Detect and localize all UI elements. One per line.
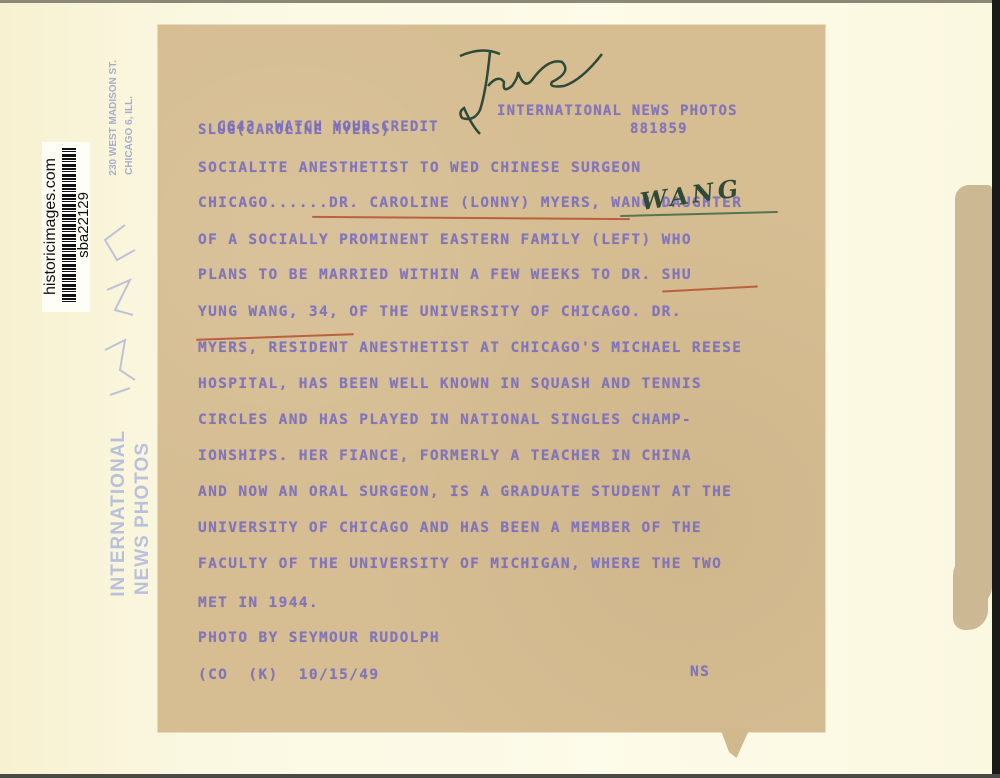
barcode-site-text: historicimages.com xyxy=(42,144,60,310)
address-stamp-line1: 230 WEST MADISON ST. xyxy=(108,60,119,176)
glue-residue-lower xyxy=(953,555,988,630)
body-line-3: PLANS TO BE MARRIED WITHIN A FEW WEEKS T… xyxy=(198,267,692,283)
footer-codes: (CO (K) 10/15/49 xyxy=(198,667,379,683)
scan-right-edge xyxy=(992,0,1000,778)
body-line-11: FACULTY OF THE UNIVERSITY OF MICHIGAN, W… xyxy=(198,556,722,572)
barcode-id-text: sba22129 xyxy=(75,192,92,258)
barcode-icon xyxy=(62,148,76,303)
body-line-12: MET IN 1944. xyxy=(198,595,319,611)
body-line-6: HOSPITAL, HAS BEEN WELL KNOWN IN SQUASH … xyxy=(198,376,702,392)
body-line-9: AND NOW AN ORAL SURGEON, IS A GRADUATE S… xyxy=(198,484,732,500)
barcode-label: historicimages.com sba22129 xyxy=(42,142,90,312)
header-slug: SLUG(CAROLINE MYERS) xyxy=(198,122,391,138)
agency-stamp-line1: INTERNATIONAL xyxy=(108,430,130,597)
agency-stamp-line2: NEWS PHOTOS xyxy=(132,442,154,595)
address-stamp-line2: CHICAGO 6, ILL. xyxy=(124,96,135,175)
address-stamp: 230 WEST MADISON ST. CHICAGO 6, ILL. xyxy=(106,60,146,210)
body-line-5: MYERS, RESIDENT ANESTHETIST AT CHICAGO'S… xyxy=(198,340,742,356)
body-line-8: IONSHIPS. HER FIANCE, FORMERLY A TEACHER… xyxy=(198,448,692,464)
body-line-2: OF A SOCIALLY PROMINENT EASTERN FAMILY (… xyxy=(198,232,692,248)
handwritten-file-mark xyxy=(452,42,612,137)
headline: SOCIALITE ANESTHETIST TO WED CHINESE SUR… xyxy=(198,160,642,176)
glue-residue xyxy=(955,185,992,605)
margin-scribble-icon xyxy=(95,220,145,410)
header-agency: INTERNATIONAL NEWS PHOTOS xyxy=(497,103,738,119)
header-number: 881859 xyxy=(630,121,688,137)
scan-top-edge xyxy=(0,0,1000,3)
footer-initials: NS xyxy=(690,664,710,680)
body-line-7: CIRCLES AND HAS PLAYED IN NATIONAL SINGL… xyxy=(198,412,692,428)
photo-credit: PHOTO BY SEYMOUR RUDOLPH xyxy=(198,630,440,646)
scan-bottom-edge xyxy=(0,774,1000,778)
agency-stamp: INTERNATIONAL NEWS PHOTOS xyxy=(108,430,158,630)
body-line-4: YUNG WANG, 34, OF THE UNIVERSITY OF CHIC… xyxy=(198,304,682,320)
body-line-10: UNIVERSITY OF CHICAGO AND HAS BEEN A MEM… xyxy=(198,520,702,536)
